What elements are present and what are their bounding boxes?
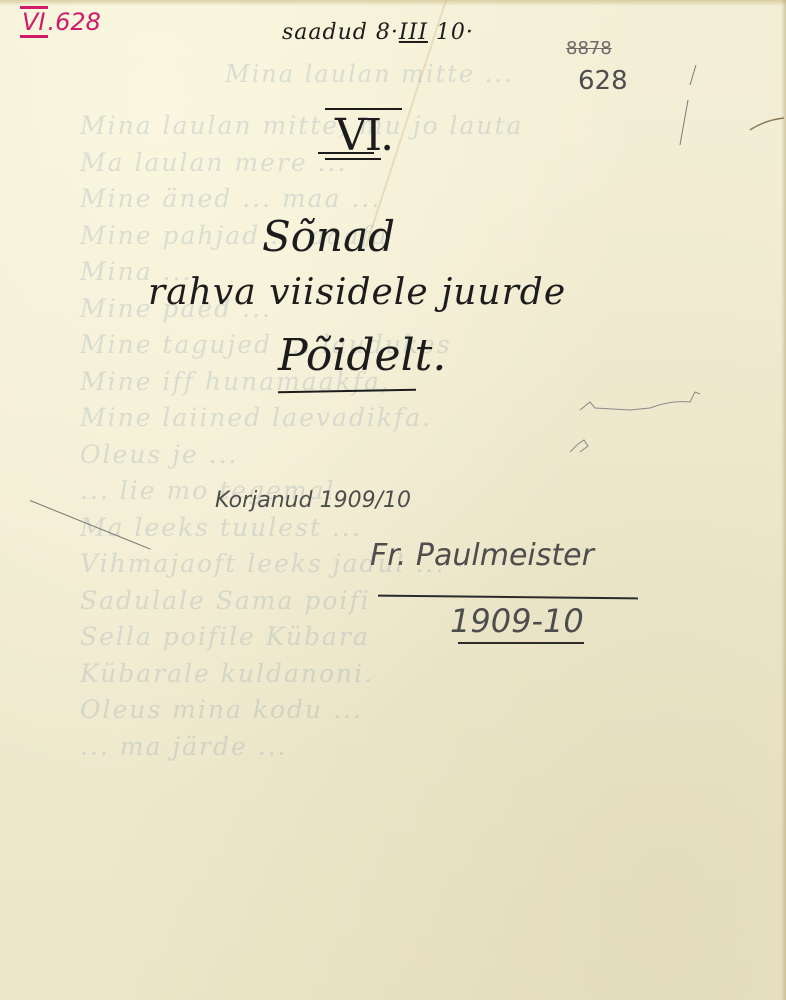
- title-line-3: Põidelt.: [278, 330, 446, 381]
- author-name: Fr. Paulmeister: [370, 538, 594, 573]
- edge-pencil-mark-icon: [660, 30, 786, 150]
- bleed-line: Ma laulan mere ...: [80, 145, 523, 182]
- page-top-edge: [0, 0, 786, 6]
- year-underline: [458, 642, 584, 644]
- received-month: III: [399, 20, 428, 45]
- volume-underline: [325, 158, 381, 160]
- manuscript-page: Mina laulan mitte ... Mina laulan mitte,…: [0, 0, 786, 1000]
- title-line-2: rahva viisidele juurde: [148, 272, 566, 313]
- received-day: 8·: [376, 20, 399, 45]
- shelf-mark-roman: VI: [20, 6, 48, 38]
- compiled-note: Korjanud 1909/10: [215, 488, 411, 513]
- bleed-through-text: Mina laulan mitte, mu jo lauta Ma laulan…: [80, 108, 523, 765]
- bleed-line: ... ma järde ...: [80, 729, 523, 766]
- received-word: saadud: [282, 20, 368, 45]
- bleed-line: Mina laulan mitte, mu jo lauta: [80, 108, 523, 145]
- page-right-edge: [781, 0, 786, 1000]
- bleed-line: Oleus mina kodu ...: [80, 692, 523, 729]
- title-line-1: Sõnad: [262, 212, 395, 261]
- year-range: 1909-10: [450, 602, 584, 640]
- shelf-mark-number: .628: [48, 8, 101, 36]
- volume-underline: [318, 152, 374, 154]
- bleed-line: Mine laiined laevadikfa.: [80, 400, 523, 437]
- catalog-number: 628: [578, 66, 628, 96]
- bleed-line: Oleus je ...: [80, 437, 523, 474]
- struck-catalog-number: 8878: [566, 38, 612, 59]
- pencil-scribble-icon: [570, 380, 720, 460]
- bleed-through-top-line: Mina laulan mitte ...: [225, 60, 514, 88]
- received-year: 10·: [436, 20, 474, 45]
- shelf-mark: VI.628: [20, 6, 101, 38]
- received-note: saadud 8·III 10·: [282, 20, 474, 45]
- bleed-line: Kübarale kuldanoni.: [80, 656, 523, 693]
